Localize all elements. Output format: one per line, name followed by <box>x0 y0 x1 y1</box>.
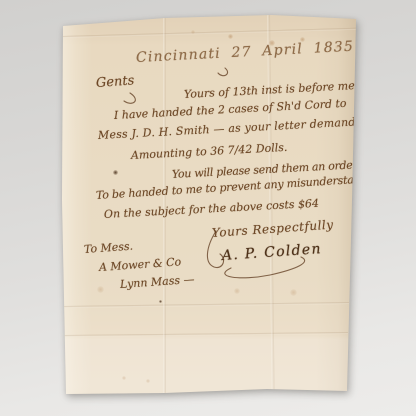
salutation: Gents <box>95 73 134 91</box>
address-line: A Mower & Co <box>99 255 182 274</box>
address-line: To Mess. <box>84 240 134 256</box>
closing: Yours Respectfully <box>212 218 334 240</box>
body-line: Amounting to 36 7/42 Dolls. <box>131 141 288 162</box>
letter-text-layer: Cincinnati 27 April 1835 Gents Yours of … <box>0 0 416 416</box>
letter-paper: Cincinnati 27 April 1835 Gents Yours of … <box>0 0 416 416</box>
letter-photograph: Cincinnati 27 April 1835 Gents Yours of … <box>0 0 416 416</box>
paper-shadow-wrap: Cincinnati 27 April 1835 Gents Yours of … <box>0 0 416 416</box>
body-line: On the subject for the above costs $64 <box>104 197 320 221</box>
address-line: Lynn Mass — <box>120 273 195 291</box>
dateline: Cincinnati 27 April 1835 <box>136 39 355 66</box>
signature: A. P. Colden <box>221 241 322 264</box>
